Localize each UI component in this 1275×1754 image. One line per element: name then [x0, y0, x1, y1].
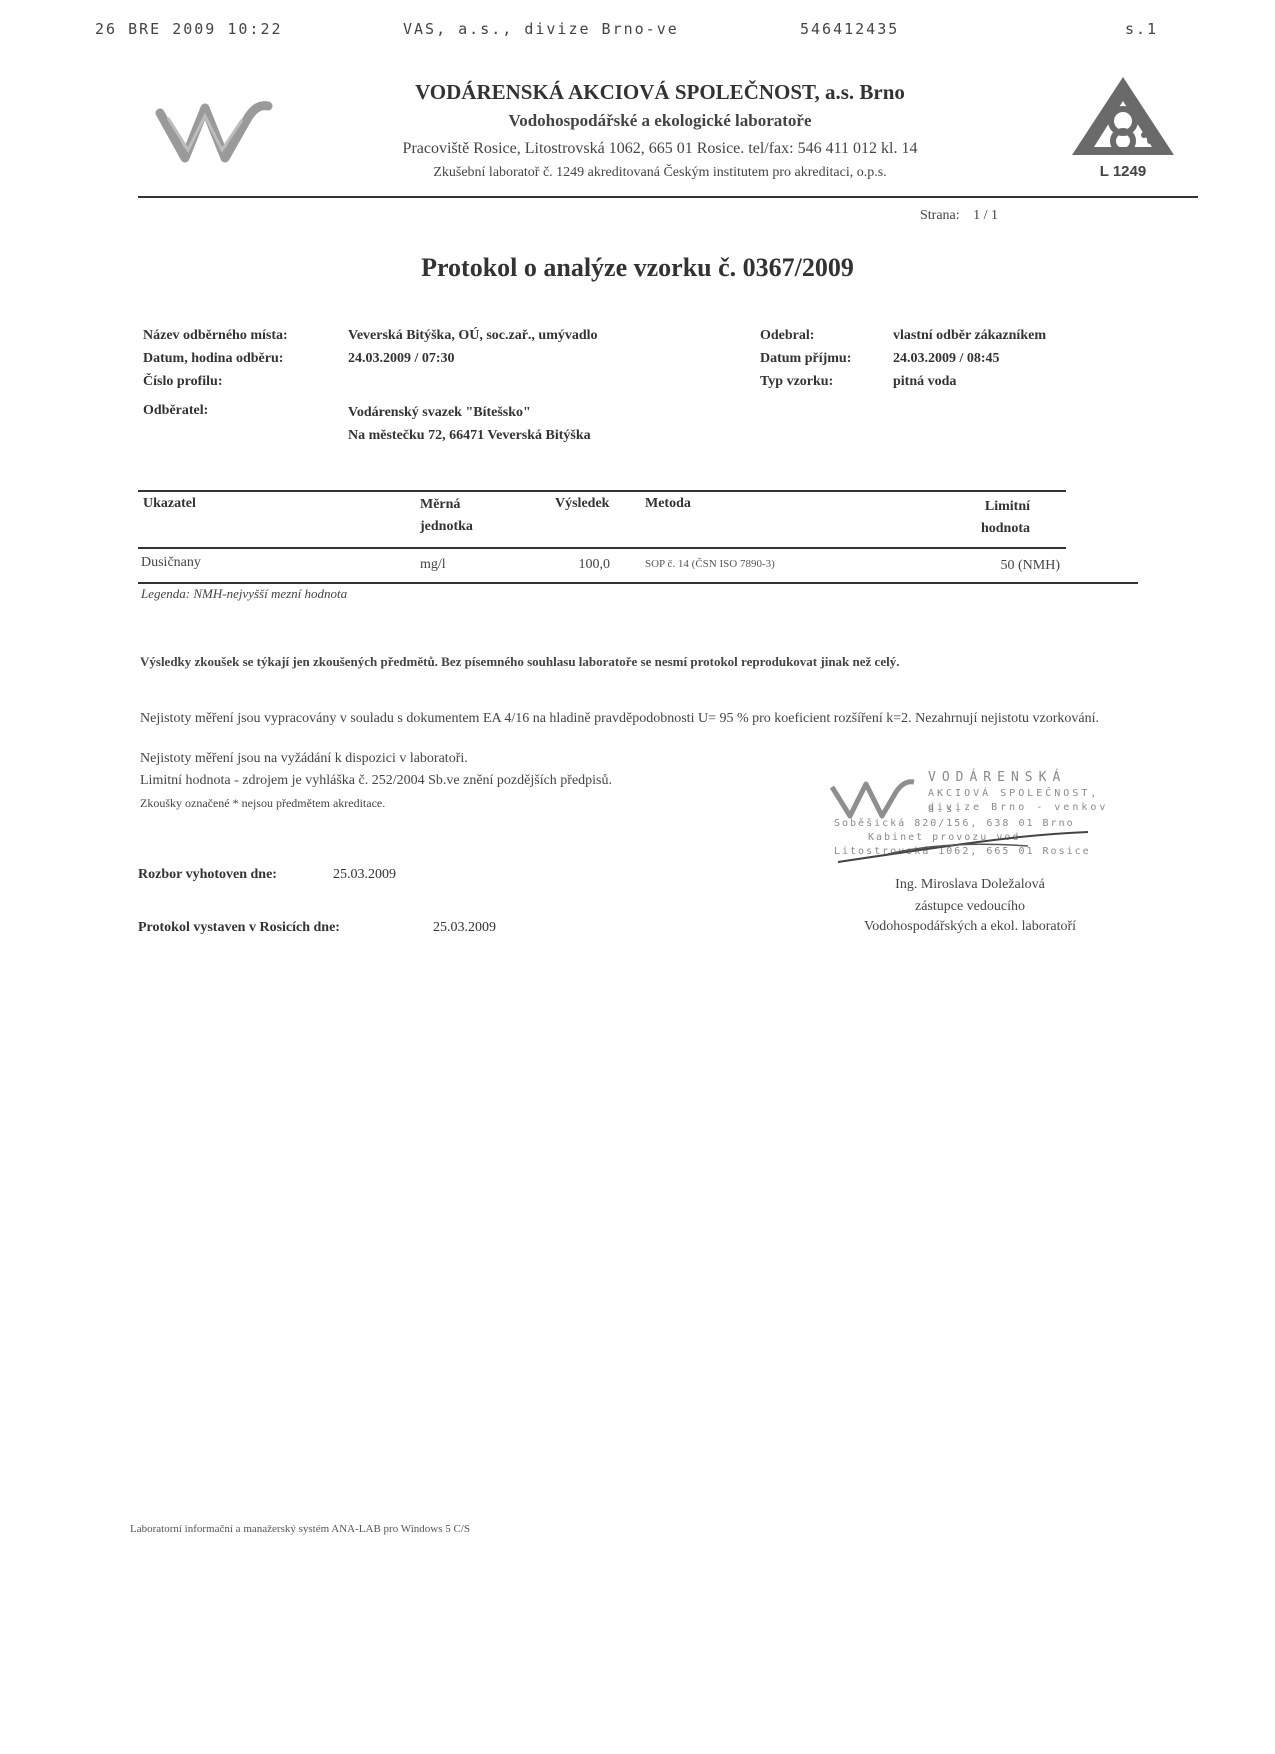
col-limit-line1: Limitní: [950, 496, 1030, 518]
lab-accreditation: Zkušební laboratoř č. 1249 akreditovaná …: [260, 165, 1060, 181]
company-stamp: VODÁRENSKÁ AKCIOVÁ SPOLEČNOST, a.s. divi…: [828, 770, 1128, 870]
row-unit: mg/l: [420, 557, 446, 573]
page-value: 1 / 1: [973, 208, 998, 223]
fax-sender: VAS, a.s., divize Brno-ve: [403, 20, 679, 38]
customer-label: Odběratel:: [143, 403, 208, 419]
uncertainty-note: Nejistoty měření jsou vypracovány v soul…: [140, 709, 1100, 729]
limit-source-note: Limitní hodnota - zdrojem je vyhláška č.…: [140, 771, 612, 791]
sampling-place-label: Název odběrného místa:: [143, 328, 288, 344]
signatory-role: zástupce vedoucího: [820, 896, 1120, 918]
accreditation-mark-icon: L 1249: [1068, 75, 1178, 185]
analysis-date-label: Rozbor vyhotoven dne:: [138, 867, 277, 883]
row-result: 100,0: [560, 557, 610, 573]
customer-address: Na městečku 72, 66471 Veverská Bitýška: [348, 428, 591, 444]
fax-page: s.1: [1125, 20, 1158, 38]
stamp-logo-icon: [828, 772, 918, 822]
sampling-place-value: Veverská Bitýška, OÚ, soc.zař., umývadlo: [348, 328, 598, 344]
sample-type-value: pitná voda: [893, 374, 956, 390]
table-bottom-rule: [138, 582, 1138, 584]
sampling-date-label: Datum, hodina odběru:: [143, 351, 283, 367]
received-date-value: 24.03.2009 / 08:45: [893, 351, 1000, 367]
lab-address: Pracoviště Rosice, Litostrovská 1062, 66…: [260, 140, 1060, 158]
protocol-date-label: Protokol vystaven v Rosicích dne:: [138, 920, 340, 936]
accreditation-note: Zkoušky označené * nejsou předmětem akre…: [140, 793, 385, 813]
page-indicator: Strana: 1 / 1: [920, 208, 998, 224]
stamp-line-3: divize Brno - venkov: [928, 800, 1108, 816]
signatory-department: Vodohospodářských a ekol. laboratoří: [820, 916, 1120, 938]
row-method: SOP č. 14 (ČSN ISO 7890-3): [645, 558, 775, 570]
protocol-title: Protokol o analýze vzorku č. 0367/2009: [0, 253, 1275, 283]
profile-number-label: Číslo profilu:: [143, 374, 222, 390]
col-indicator: Ukazatel: [143, 493, 196, 515]
col-result: Výsledek: [555, 493, 609, 515]
header-divider: [138, 196, 1198, 198]
col-unit-line2: jednotka: [420, 516, 473, 538]
table-legend: Legenda: NMH-nejvyšší mezní hodnota: [141, 586, 347, 602]
protocol-date-value: 25.03.2009: [433, 920, 496, 936]
department-name: Vodohospodářské a ekologické laboratoře: [260, 111, 1060, 131]
analysis-date-value: 25.03.2009: [333, 867, 396, 883]
fax-datetime: 26 BRE 2009 10:22: [95, 20, 283, 38]
collected-by-label: Odebral:: [760, 328, 814, 344]
col-limit: Limitní hodnota: [950, 496, 1030, 540]
table-top-rule: [138, 490, 1066, 492]
row-indicator: Dusičnany: [141, 555, 201, 571]
uncertainty-availability-note: Nejistoty měření jsou na vyžádání k disp…: [140, 749, 468, 769]
fax-phone: 546412435: [800, 20, 899, 38]
customer-name: Vodárenský svazek "Bítešsko": [348, 405, 531, 421]
col-limit-line2: hodnota: [950, 518, 1030, 540]
signatory-name: Ing. Miroslava Doležalová: [820, 874, 1120, 896]
vas-logo-icon: [150, 78, 275, 168]
sampling-date-value: 24.03.2009 / 07:30: [348, 351, 455, 367]
accreditation-number: L 1249: [1068, 163, 1178, 180]
col-unit: Měrná jednotka: [420, 494, 473, 538]
results-statement: Výsledky zkoušek se týkají jen zkoušenýc…: [140, 652, 1080, 671]
page-label: Strana:: [920, 208, 960, 223]
received-date-label: Datum příjmu:: [760, 351, 851, 367]
table-header-rule: [138, 547, 1066, 549]
collected-by-value: vlastní odběr zákazníkem: [893, 328, 1046, 344]
footer-software: Laboratorní informační a manažerský syst…: [130, 1523, 470, 1535]
stamp-line-1: VODÁRENSKÁ: [928, 770, 1066, 786]
company-name: VODÁRENSKÁ AKCIOVÁ SPOLEČNOST, a.s. Brno: [260, 80, 1060, 105]
signature-stroke-icon: [828, 820, 1128, 870]
col-unit-line1: Měrná: [420, 494, 473, 516]
col-method: Metoda: [645, 493, 691, 515]
sample-type-label: Typ vzorku:: [760, 374, 833, 390]
row-limit: 50 (NMH): [950, 558, 1060, 574]
